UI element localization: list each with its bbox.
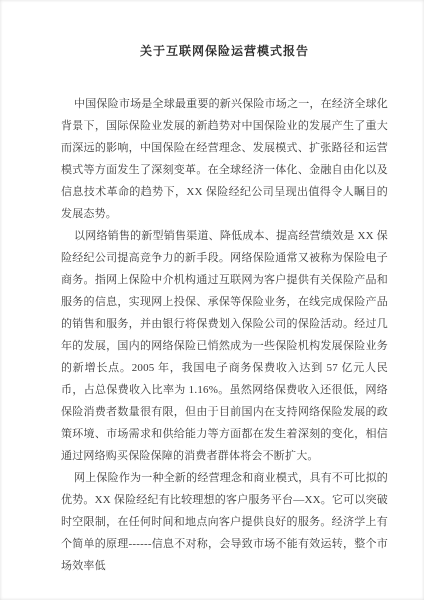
paragraph-online-insurance-growth: 以网络销售的新型销售渠道、降低成本、提高经营绩效是 XX 保险经纪公司提高竞争力…	[61, 225, 388, 467]
document-page: 关于互联网保险运营模式报告 中国保险市场是全球最重要的新兴保险市场之一，在经济全…	[0, 0, 424, 600]
paragraph-online-insurance-advantages: 网上保险作为一种全新的经营理念和商业模式，具有不可比拟的优势。XX 保险经纪有比…	[61, 467, 388, 577]
paragraph-intro-market: 中国保险市场是全球最重要的新兴保险市场之一，在经济全球化背景下，国际保险业发展的…	[61, 93, 388, 225]
document-title: 关于互联网保险运营模式报告	[61, 44, 388, 59]
